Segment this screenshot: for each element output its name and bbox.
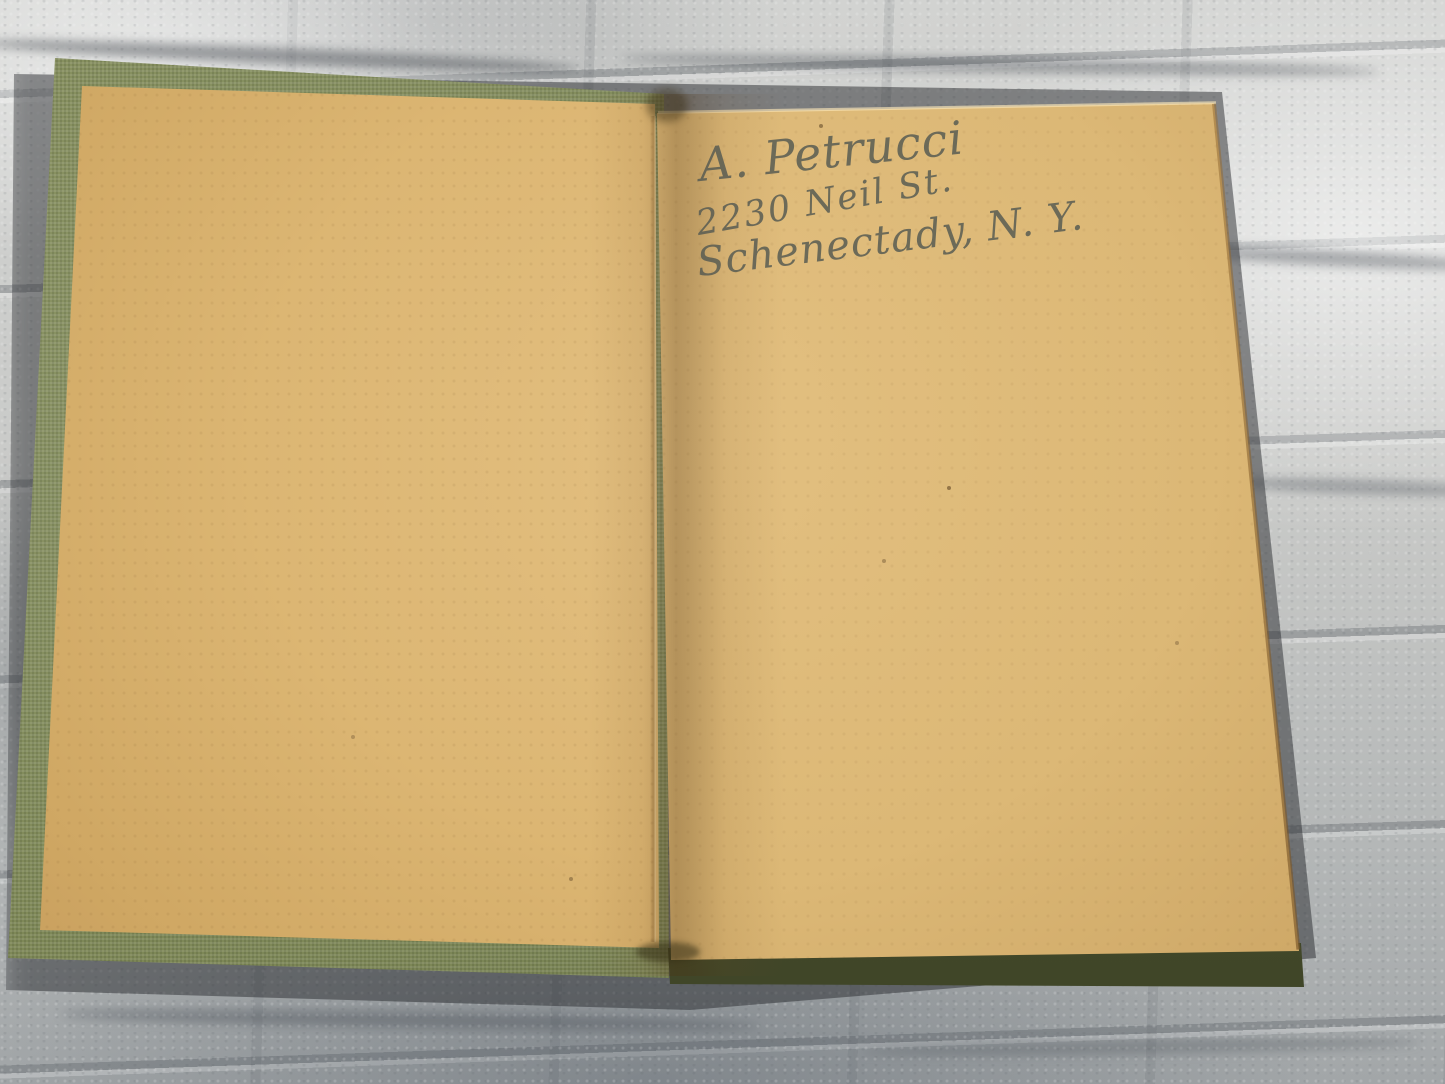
spine-bottom-wear <box>636 942 700 962</box>
spine-top-notch <box>646 88 688 122</box>
photo-open-vintage-book: A. Petrucci 2230 Neil St. Schenectady, N… <box>0 0 1445 1084</box>
paper-specks <box>0 0 2 2</box>
